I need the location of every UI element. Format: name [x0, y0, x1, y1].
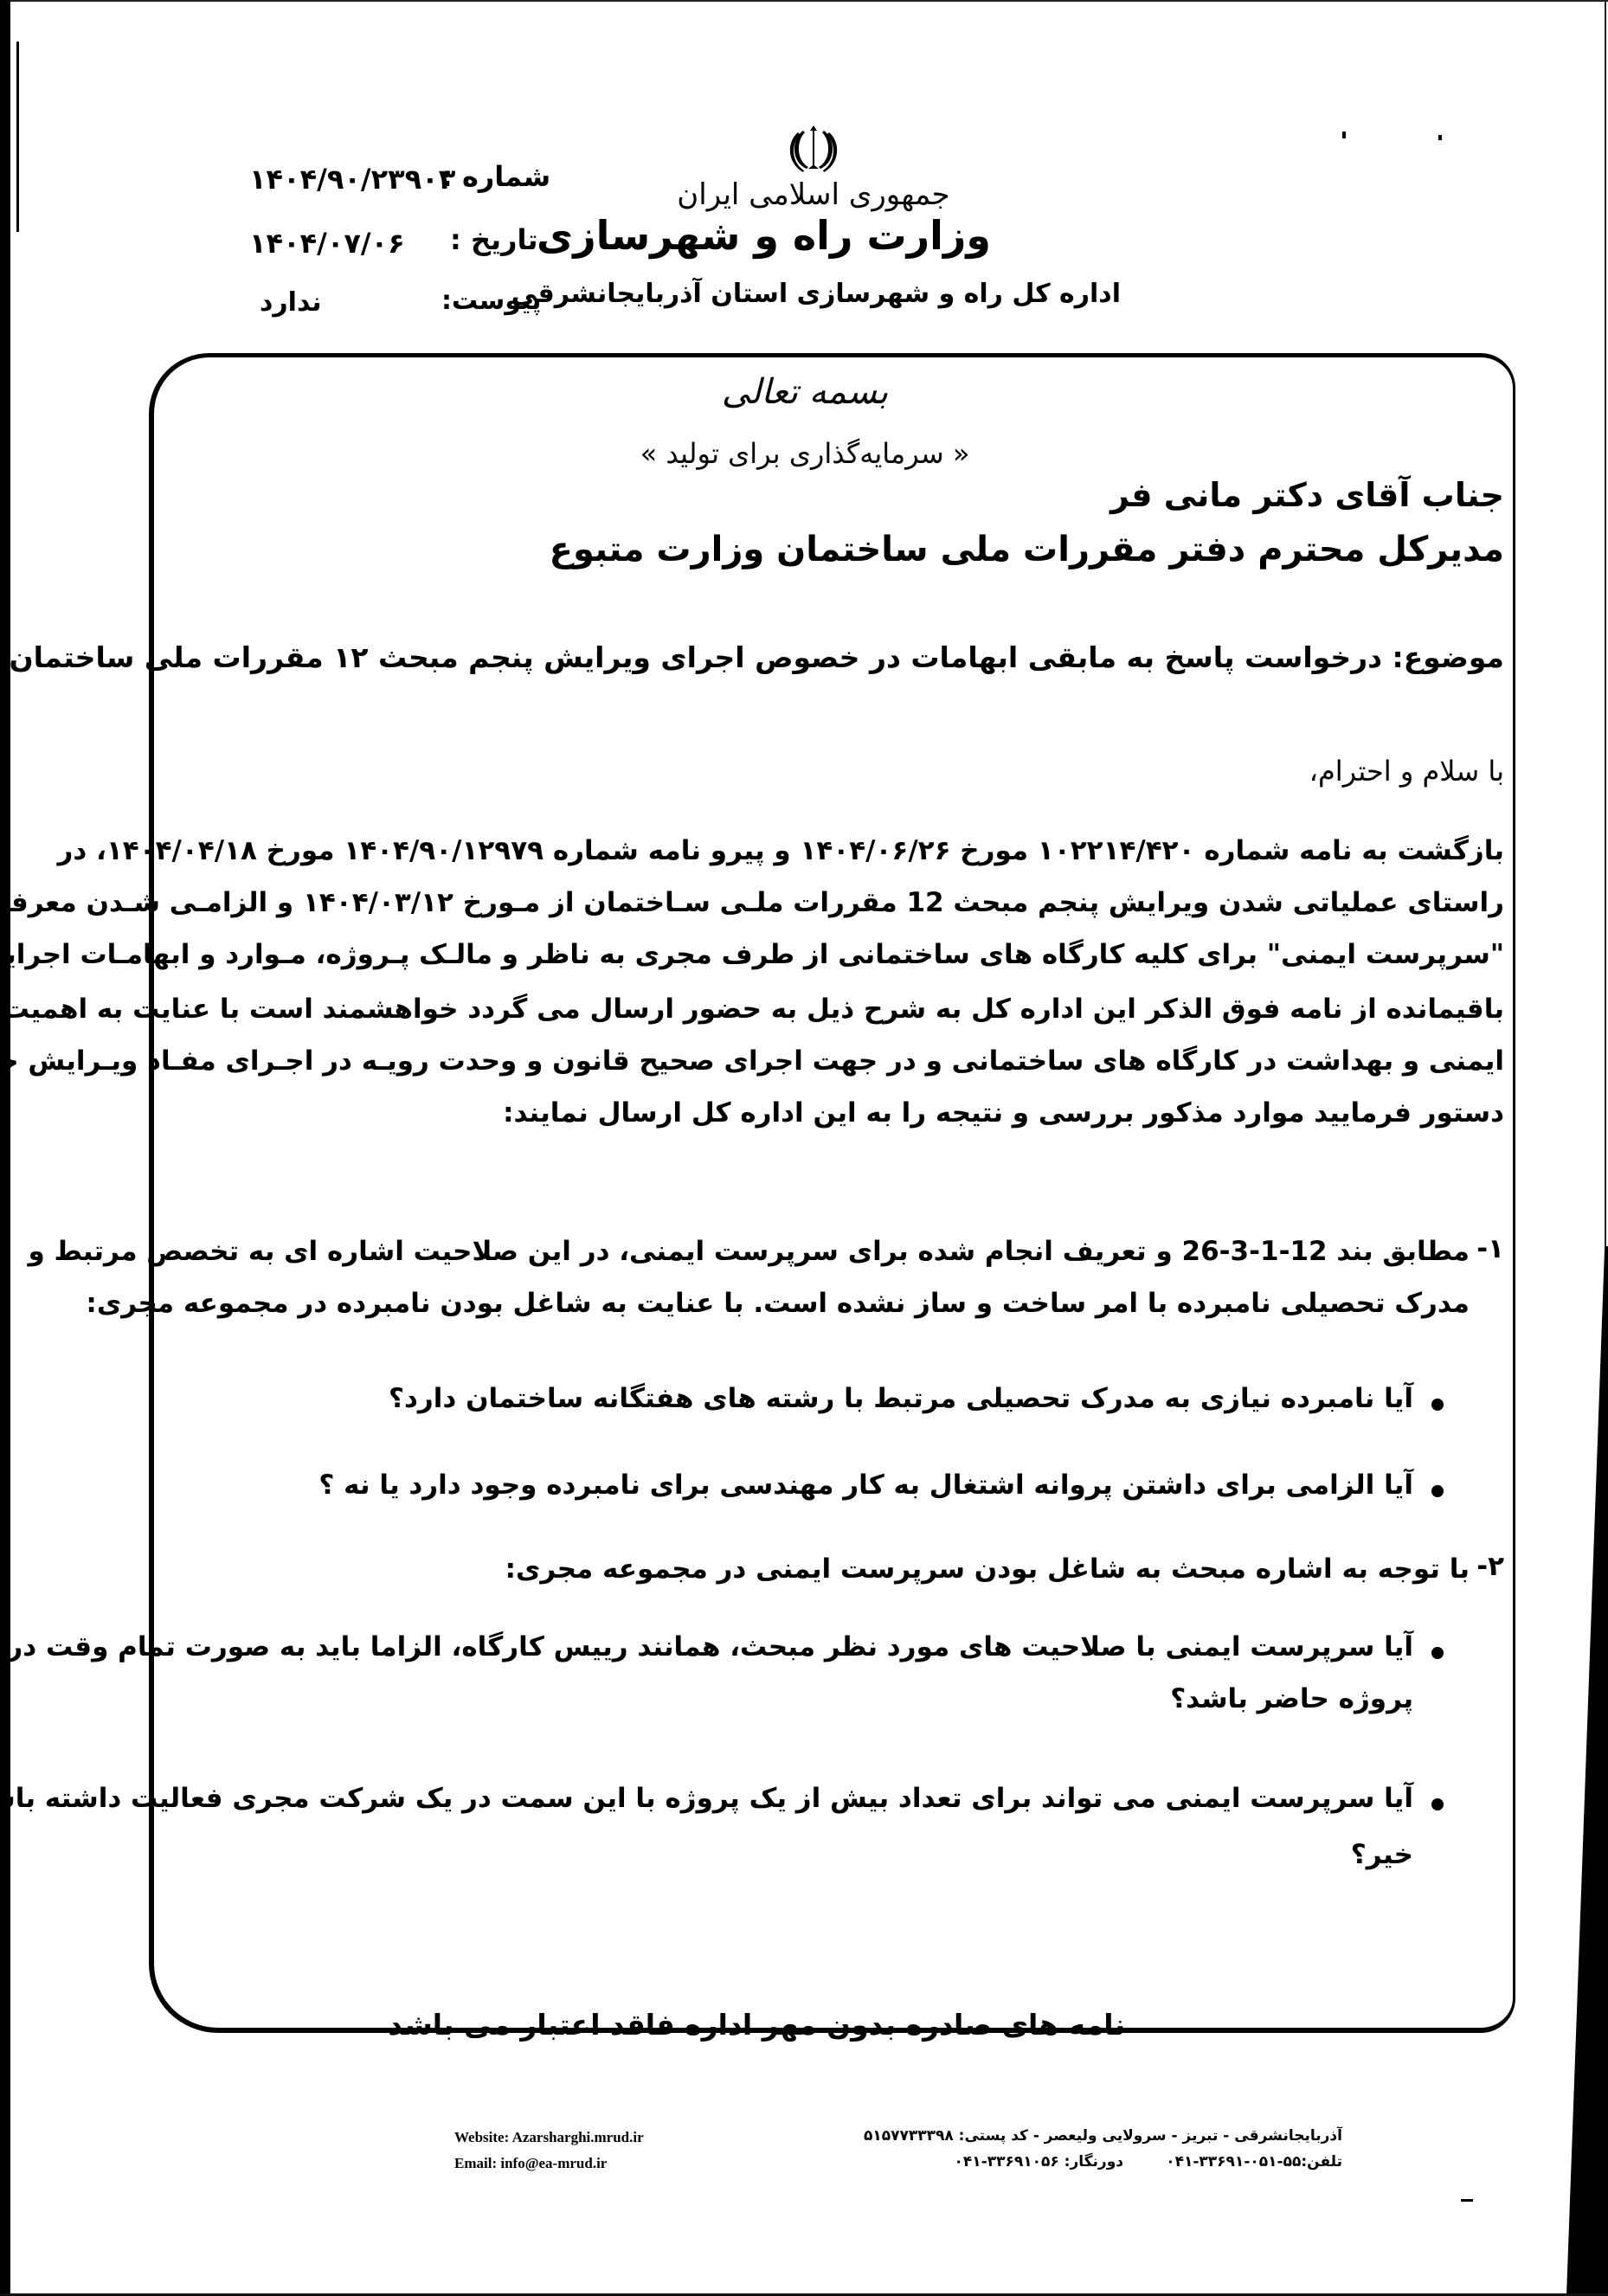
paragraph-line: راستای عملیاتی شدن ویرایش پنجم مبحث 12 م…	[197, 887, 1504, 918]
scan-edge-left-top	[0, 0, 7, 381]
number-value: ۱۴۰۴/۹۰/۲۳۹۰۳	[249, 163, 455, 196]
paragraph-line: بازگشت به نامه شماره ۱۰۲۲۱۴/۴۲۰ مورخ ۱۴۰…	[197, 835, 1504, 866]
footer-address: آذربایجانشرقی - تبریز - سرولایی ولیعصر -…	[864, 2127, 1342, 2145]
recipient-name: جناب آقای دکتر مانی فر	[1110, 476, 1504, 514]
footer-phone: تلفن:۵۵-۰۵۱-۳۳۶۹۱-۰۴۱	[1166, 2153, 1342, 2171]
footer-fax: دورنگار: ۳۳۶۹۱۰۵۶-۰۴۱	[955, 2153, 1123, 2171]
question-line: آیا نامبرده نیازی به مدرک تحصیلی مرتبط ب…	[389, 1383, 1413, 1414]
question-line: آیا سرپرست ایمنی می تواند برای تعداد بیش…	[0, 1783, 1413, 1814]
item-line: مطابق بند 12-1-3-26 و تعریف انجام شده بر…	[28, 1236, 1470, 1267]
letter-frame	[149, 353, 1515, 2033]
republic-name: جمهوری اسلامی ایران	[666, 177, 961, 212]
paragraph-line: "سرپرست ایمنی" برای کلیه کارگاه های ساخت…	[197, 939, 1504, 970]
greeting: با سلام و احترام،	[1309, 755, 1504, 788]
scan-edge-right-wedge	[1566, 1246, 1608, 2296]
paragraph-line: باقیمانده از نامه فوق الذکر این اداره کل…	[197, 994, 1504, 1025]
attachment-label: پیوست:	[441, 286, 542, 316]
paragraph-line: دستور فرمایید موارد مذکور بررسی و نتیجه …	[503, 1097, 1504, 1129]
item-line: با توجه به اشاره مبحث به شاغل بودن سرپرس…	[505, 1553, 1470, 1585]
slogan: « سرمایه‌گذاری برای تولید »	[623, 437, 987, 470]
bullet-icon	[1431, 1485, 1444, 1497]
footer-website: Website: Azarsharghi.mrud.ir	[454, 2129, 644, 2146]
speck	[1342, 132, 1346, 138]
ministry-name: وزارت راه و شهرسازی	[636, 212, 991, 259]
date-value: ۱۴۰۴/۰۷/۰۶	[249, 227, 405, 260]
bismillah: بسمه تعالی	[710, 372, 900, 412]
bullet-icon	[1431, 1399, 1444, 1411]
scan-edge-top	[9, 0, 1608, 2]
scan-mark-left	[16, 42, 19, 232]
item-line: مدرک تحصیلی نامبرده با امر ساخت و ساز نش…	[86, 1288, 1470, 1319]
question-line: آیا الزامی برای داشتن پروانه اشتغال به ک…	[318, 1470, 1413, 1501]
date-label: تاریخ :	[450, 223, 537, 256]
paragraph-line: ایمنی و بهداشت در کارگاه های ساختمانی و …	[197, 1045, 1504, 1077]
footer-email: Email: info@ea-mrud.ir	[454, 2155, 607, 2172]
bullet-icon	[1431, 1647, 1444, 1659]
number-label: شماره :	[441, 160, 550, 193]
question-line: پروژه حاضر باشد؟	[1170, 1683, 1413, 1714]
bullet-icon	[1431, 1798, 1444, 1810]
item-number: ۲-	[1476, 1551, 1504, 1582]
recipient-title: مدیرکل محترم دفتر مقررات ملی ساختمان وزا…	[550, 530, 1504, 569]
scan-edge-right	[1605, 0, 1606, 1255]
speck	[1438, 135, 1442, 140]
item-number: ۱-	[1476, 1233, 1504, 1264]
question-line: خیر؟	[1351, 1839, 1413, 1870]
subject-line: موضوع: درخواست پاسخ به مابقی ابهامات در …	[197, 640, 1504, 674]
speck	[1461, 2199, 1473, 2202]
department-name: اداره کل راه و شهرسازی استان آذربایجانشر…	[567, 279, 1121, 309]
attachment-value: ندارد	[260, 287, 322, 318]
seal-validity-note: نامه های صادره بدون مهر اداره فاقد اعتبا…	[519, 2008, 1125, 2042]
question-line: آیا سرپرست ایمنی با صلاحیت های مورد نظر …	[0, 1631, 1413, 1663]
iran-emblem-icon	[784, 124, 843, 177]
